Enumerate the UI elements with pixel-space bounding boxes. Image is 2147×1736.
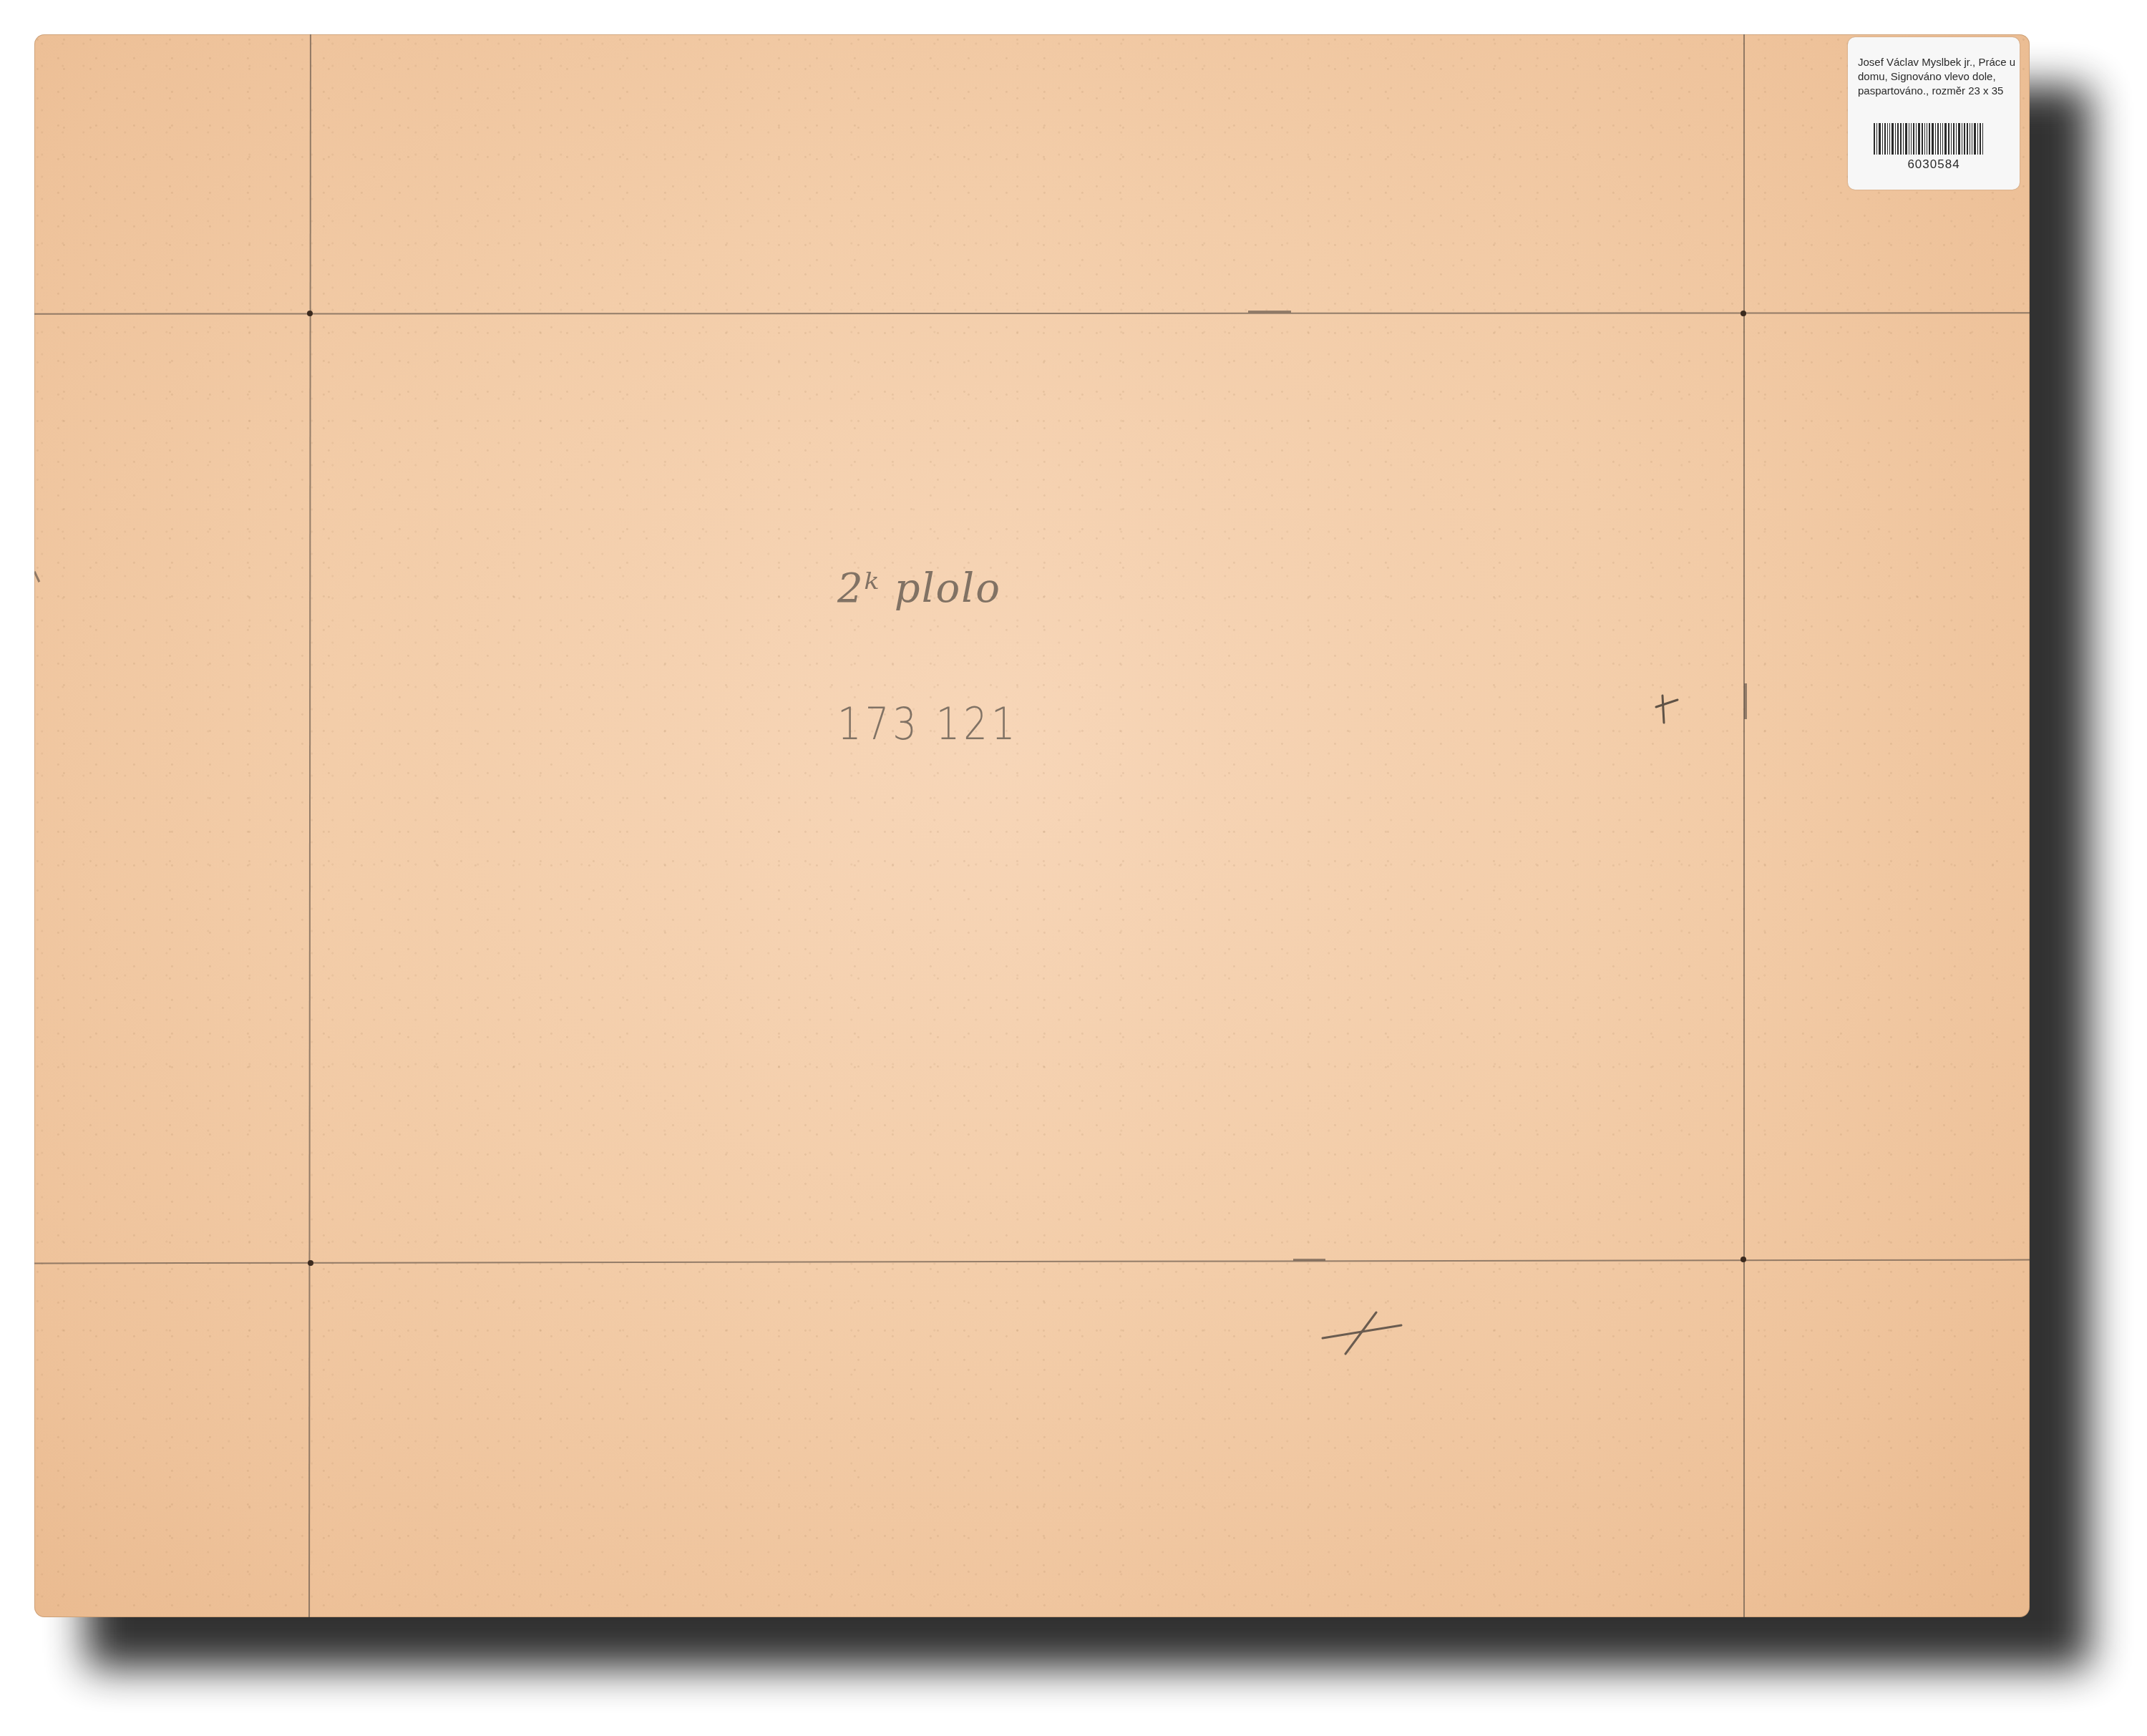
guide-line-left — [308, 34, 311, 1617]
mount-board-back: 2ᵏ plolo 173 121 — [34, 34, 2030, 1617]
tick-mark-top — [1248, 311, 1291, 313]
tick-mark-right — [1744, 683, 1747, 719]
label-description: Josef Václav Myslbek jr., Práce u domu, … — [1858, 56, 2017, 99]
corner-dot-bottom-right — [1741, 1257, 1746, 1262]
cross-mark-bottom-icon — [1321, 1311, 1407, 1358]
inventory-label: Josef Václav Myslbek jr., Práce u domu, … — [1848, 37, 2020, 190]
handwritten-note: 2ᵏ plolo — [837, 565, 1001, 612]
tick-mark-bottom — [1293, 1259, 1325, 1261]
barcode-number: 6030584 — [1848, 157, 2020, 172]
corner-dot-top-left — [307, 311, 313, 316]
barcode-icon — [1874, 123, 2000, 155]
corner-dot-bottom-left — [308, 1260, 313, 1266]
guide-line-top — [34, 312, 2030, 314]
guide-line-bottom — [34, 1259, 2030, 1264]
photo-stage: 2ᵏ plolo 173 121 Josef Václav Myslbek jr… — [0, 0, 2147, 1736]
guide-line-right — [1743, 34, 1745, 1617]
handwritten-numbers: 173 121 — [837, 698, 1019, 750]
corner-dot-top-right — [1741, 311, 1746, 316]
cross-mark-right-icon — [1653, 694, 1682, 730]
tick-mark-left-edge — [34, 571, 40, 582]
